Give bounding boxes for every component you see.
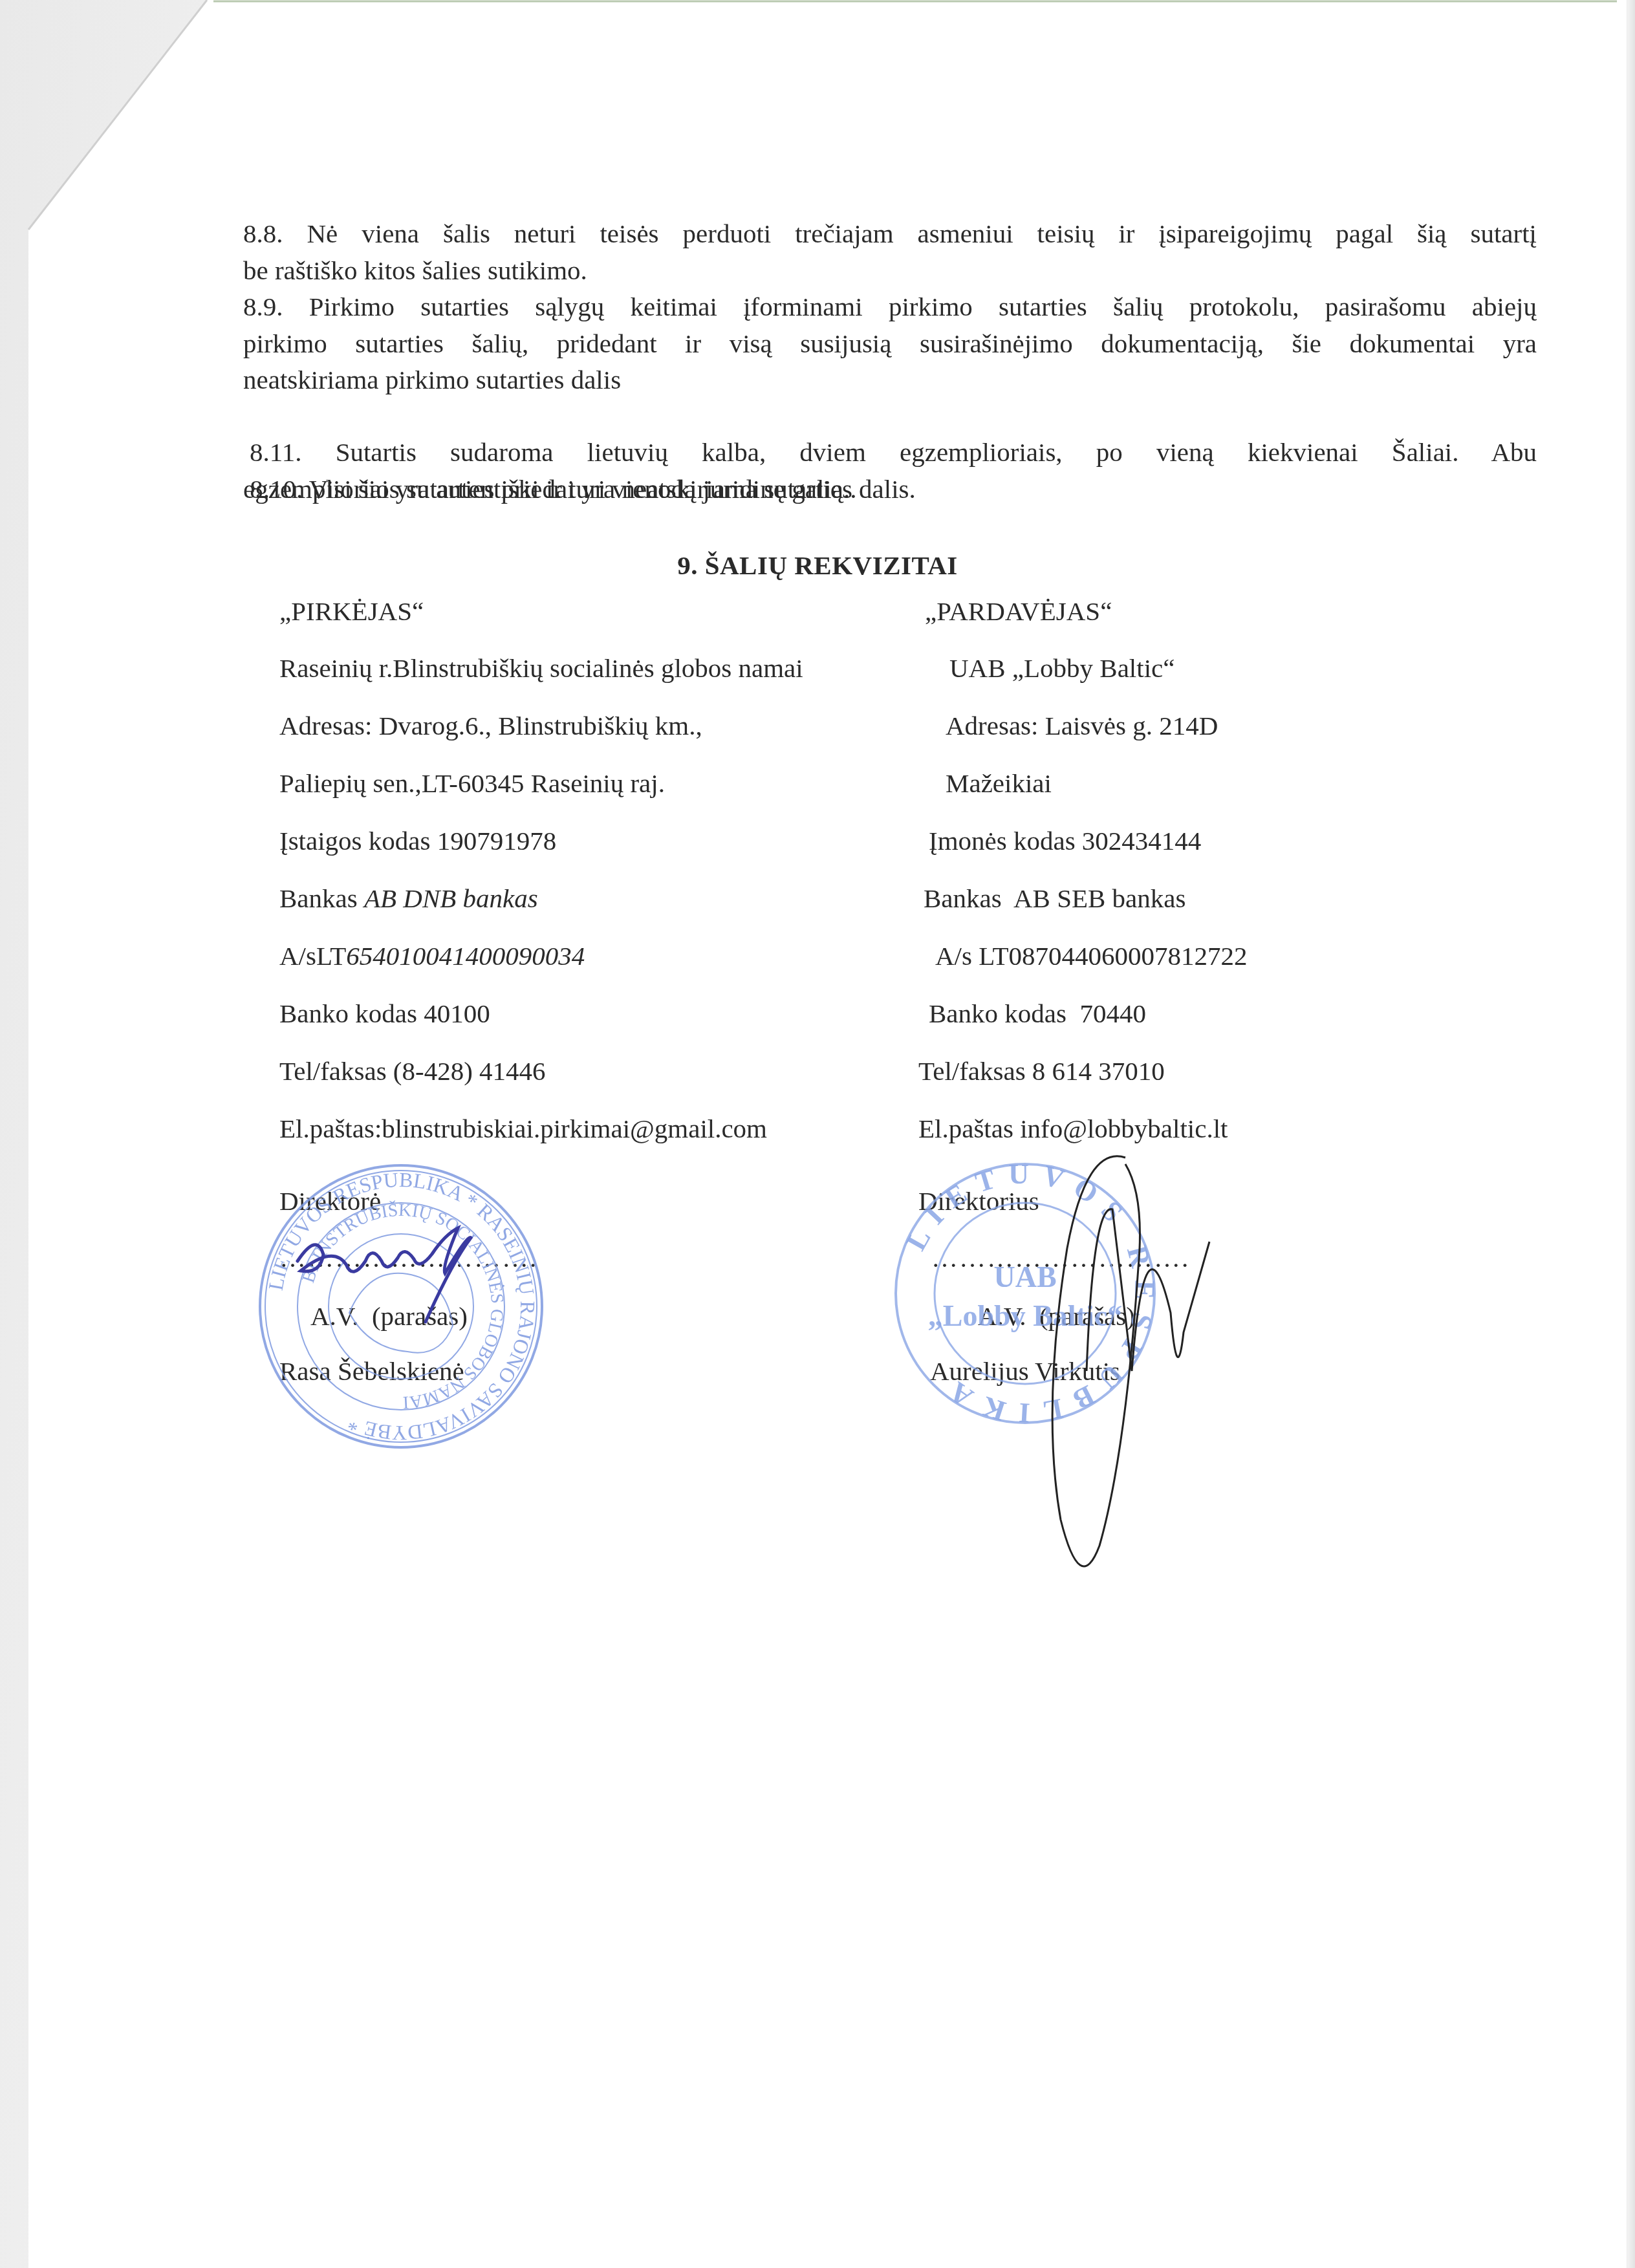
seller-account: A/s LT087044060007812722 xyxy=(935,940,1248,972)
page-edge xyxy=(1627,0,1635,2268)
clause-8-11-line-1: 8.11. Sutartis sudaroma lietuvių kalba, … xyxy=(243,434,1537,471)
clause-8-8-line-1: 8.8. Nė viena šalis neturi teisės perduo… xyxy=(243,215,1537,252)
clause-8-9-line-2: pirkimo sutarties šalių, pridedant ir vi… xyxy=(243,325,1537,362)
clause-8-11: 8.11. Sutartis sudaroma lietuvių kalba, … xyxy=(243,434,1537,507)
buyer-phone: Tel/faksas (8-428) 41446 xyxy=(279,1055,546,1087)
buyer-bank-name: AB DNB bankas xyxy=(364,883,538,913)
clause-8-9-line-3: neatskiriama pirkimo sutarties dalis xyxy=(243,362,1537,398)
buyer-account: A/sLT65401004140009003­4 xyxy=(279,940,585,972)
buyer-signatory: Rasa Šebelskienė xyxy=(279,1355,464,1387)
seller-bank: Bankas AB SEB bankas xyxy=(924,882,1186,914)
buyer-email: El.paštas:blinstrubiskiai.pirkimai@gmail… xyxy=(279,1112,767,1145)
seller-signatory: Aurelijus Virkutis xyxy=(930,1355,1120,1387)
clause-8-8-line-2: be raštiško kitos šalies sutikimo. xyxy=(243,252,1537,289)
buyer-bank-code: Banko kodas 40100 xyxy=(279,997,490,1030)
buyer-name: Raseinių r.Blinstrubiškių socialinės glo… xyxy=(279,652,803,684)
seller-email: El.paštas info@lobbybaltic.lt xyxy=(918,1112,1228,1145)
clause-8-9: 8.9. Pirkimo sutarties sąlygų keitimai į… xyxy=(243,288,1537,398)
clause-8-8: 8.8. Nė viena šalis neturi teisės perduo… xyxy=(243,215,1537,288)
buyer-signature-line: ………………………. xyxy=(279,1242,537,1274)
buyer-address-line-2: Paliepių sen.,LT-60345 Raseinių raj. xyxy=(279,767,665,799)
seller-signature-line: ………………………. xyxy=(931,1242,1189,1274)
seller-phone: Tel/faksas 8 614 37010 xyxy=(918,1055,1165,1087)
buyer-seal-label: A.V. (parašas) xyxy=(310,1300,468,1332)
seller-address-line-2: Mažeikiai xyxy=(946,767,1052,799)
buyer-account-number: 65401004140009003­4 xyxy=(346,941,585,971)
seller-position: Direktorius xyxy=(918,1185,1039,1217)
buyer-bank: Bankas AB DNB bankas xyxy=(279,882,538,914)
seller-address-line-1: Adresas: Laisvės g. 214D xyxy=(946,709,1218,742)
seller-seal-label: A.V. (parašas) xyxy=(978,1300,1135,1332)
buyer-institution-code: Įstaigos kodas 190791978 xyxy=(279,825,556,857)
buyer-role: „PIRKĖJAS“ xyxy=(279,595,424,627)
clause-8-9-line-1: 8.9. Pirkimo sutarties sąlygų keitimai į… xyxy=(243,288,1537,325)
section-heading: 9. ŠALIŲ REKVIZITAI xyxy=(0,550,1635,581)
buyer-position: Direktorė xyxy=(279,1185,381,1217)
seller-name: UAB „Lobby Baltic“ xyxy=(949,652,1175,684)
buyer-account-label: A/sLT xyxy=(279,941,346,971)
seller-bank-code: Banko kodas 70440 xyxy=(929,997,1146,1030)
seller-company-code: Įmonės kodas 302434144 xyxy=(929,825,1201,857)
seller-role: „PARDAVĖJAS“ xyxy=(925,595,1112,627)
clause-8-11-line-2: egzemplioriai yra autentiški ir turi vie… xyxy=(243,471,1537,508)
buyer-bank-label: Bankas xyxy=(279,883,364,913)
buyer-address-line-1: Adresas: Dvarog.6., Blinstrubiškių km., xyxy=(279,709,702,742)
